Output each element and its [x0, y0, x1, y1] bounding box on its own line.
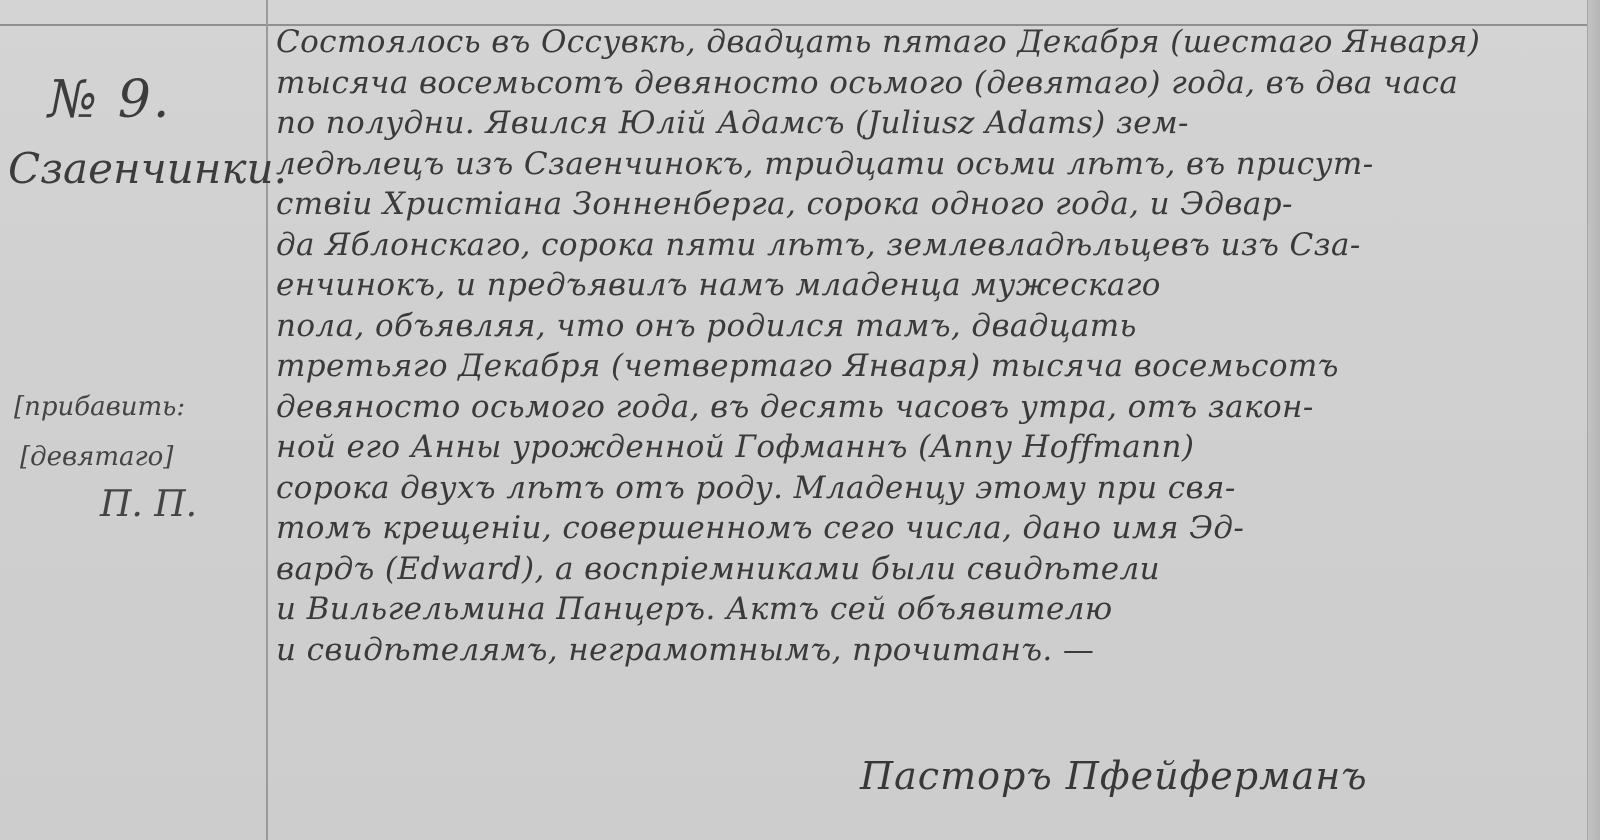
- record-line: третьяго Декабря (четвертаго Января) тыс…: [276, 346, 1576, 387]
- record-line: девяносто осьмого года, въ десять часовъ…: [276, 387, 1576, 428]
- record-line: ледѣлецъ изъ Сзаенчинокъ, тридцати осьми…: [276, 144, 1576, 185]
- record-line: да Яблонскаго, сорока пяти лѣтъ, землевл…: [276, 225, 1576, 266]
- record-line: и свидѣтелямъ, неграмотнымъ, прочитанъ. …: [276, 630, 1576, 671]
- document-page: № 9. Сзаенчинки. [прибавить: [девятаго] …: [0, 0, 1600, 840]
- record-line: сорока двухъ лѣтъ отъ роду. Младенцу это…: [276, 468, 1576, 509]
- record-line: Состоялось въ Оссувкѣ, двадцать пятаго Д…: [276, 22, 1576, 63]
- record-line: ной его Анны урожденной Гофманнъ (Anny H…: [276, 427, 1576, 468]
- village-name: Сзаенчинки.: [8, 144, 287, 193]
- record-line: по полудни. Явился Юлій Адамсъ (Juliusz …: [276, 103, 1576, 144]
- record-line: тысяча восемьсотъ девяносто осьмого (дев…: [276, 63, 1576, 104]
- marginal-note-line-1: [прибавить:: [14, 392, 185, 422]
- marginal-note-initials: П. П.: [100, 484, 197, 525]
- record-line: вардъ (Edward), а воспріемниками были св…: [276, 549, 1576, 590]
- margin-column-divider: [266, 0, 268, 840]
- record-line: томъ крещеніи, совершенномъ сего числа, …: [276, 508, 1576, 549]
- record-line: и Вильгельмина Панцеръ. Актъ сей объявит…: [276, 589, 1576, 630]
- pastor-signature: Пасторъ Пфейферманъ: [860, 754, 1368, 798]
- record-line: пола, объявляя, что онъ родился тамъ, дв…: [276, 306, 1576, 347]
- record-body: Состоялось въ Оссувкѣ, двадцать пятаго Д…: [276, 22, 1576, 670]
- record-line: ствіи Христіана Зонненберга, сорока одно…: [276, 184, 1576, 225]
- page-edge: [1587, 0, 1600, 840]
- record-line: енчинокъ, и предъявилъ намъ младенца муж…: [276, 265, 1576, 306]
- margin-column: № 9. Сзаенчинки. [прибавить: [девятаго] …: [0, 26, 264, 840]
- marginal-note-line-2: [девятаго]: [20, 442, 173, 472]
- entry-number: № 9.: [48, 70, 171, 130]
